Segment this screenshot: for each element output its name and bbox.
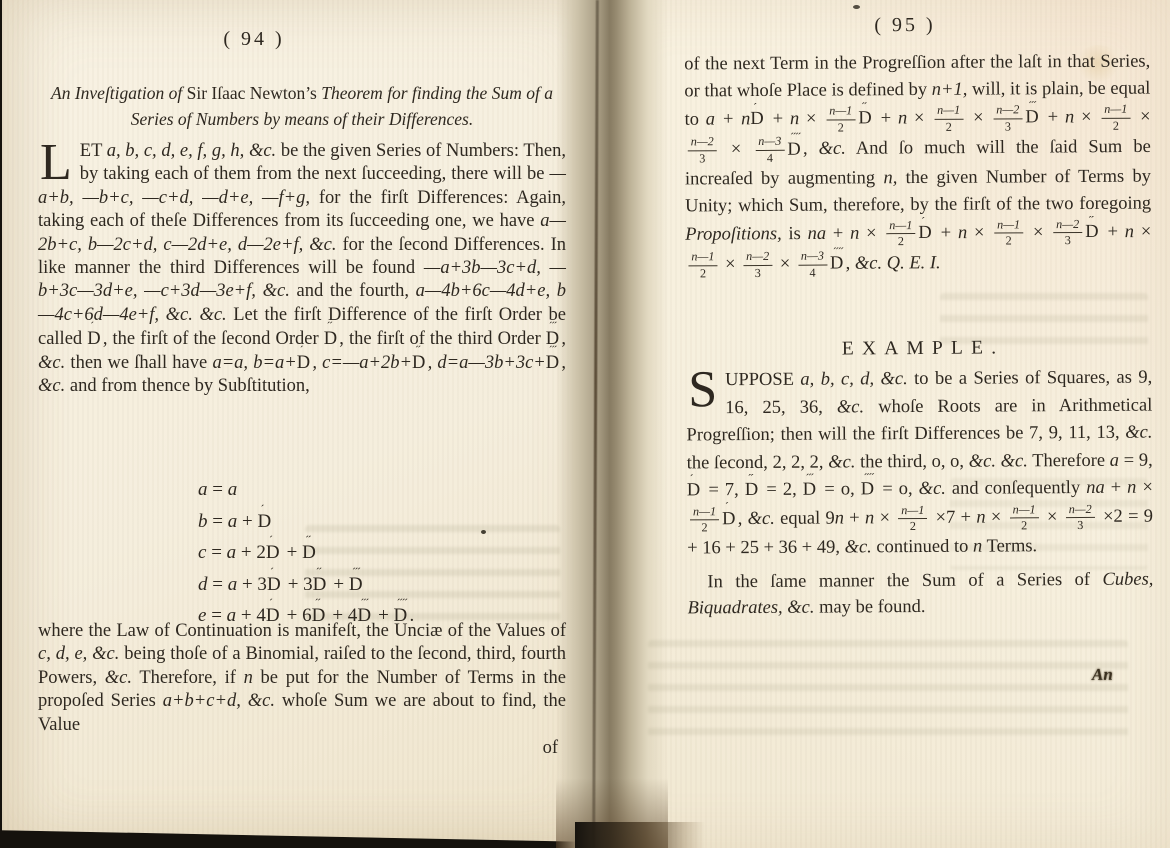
paragraph-text: UPPOSE a, b, c, d, &c. to be a Series of… — [686, 368, 1153, 559]
paragraph-cubes-biquadrates: In the ſame manner the Sum of a Series o… — [687, 567, 1153, 622]
catchword: An — [1092, 665, 1113, 685]
book-spread: ( 94 ) An Inveſtigation of Sir Iſaac New… — [0, 0, 1170, 848]
page-95-content: ( 95 ) of the next Term in the Progreſſi… — [684, 13, 1150, 39]
drop-cap: S — [686, 367, 725, 410]
page-number: ( 95 ) — [672, 13, 1138, 39]
page-94-content: ( 94 ) An Inveſtigation of Sir Iſaac New… — [38, 28, 566, 51]
substitution-equations: a = a b = a + D´ c = a + 2D´ + D´´ d = a… — [198, 474, 414, 632]
equation-line: d = a + 3D´ + 3D´´ + D´´´ — [198, 569, 414, 601]
catchword: of — [38, 738, 566, 759]
equation-line: c = a + 2D´ + D´´ — [198, 537, 414, 569]
drop-cap: L — [38, 140, 80, 183]
equation-line: a = a — [198, 474, 414, 506]
paragraph-series-differences: LET a, b, c, d, e, f, g, h, &c. be the g… — [38, 140, 566, 399]
paragraph-text: ET a, b, c, d, e, f, g, h, &c. be the gi… — [38, 141, 566, 396]
paragraph-law-of-continuation: where the Law of Continuation is manifeſ… — [38, 620, 566, 737]
paragraph-example: SUPPOSE a, b, c, d, &c. to be a Series o… — [686, 365, 1153, 563]
paragraph-sum-formula: of the next Term in the Progreſſion afte… — [684, 49, 1151, 281]
page-number: ( 94 ) — [0, 28, 518, 51]
example-heading: EXAMPLE. — [686, 337, 1152, 362]
article-title: An Inveſtigation of Sir Iſaac Newton’s T… — [38, 80, 566, 133]
equation-line: b = a + D´ — [198, 506, 414, 538]
